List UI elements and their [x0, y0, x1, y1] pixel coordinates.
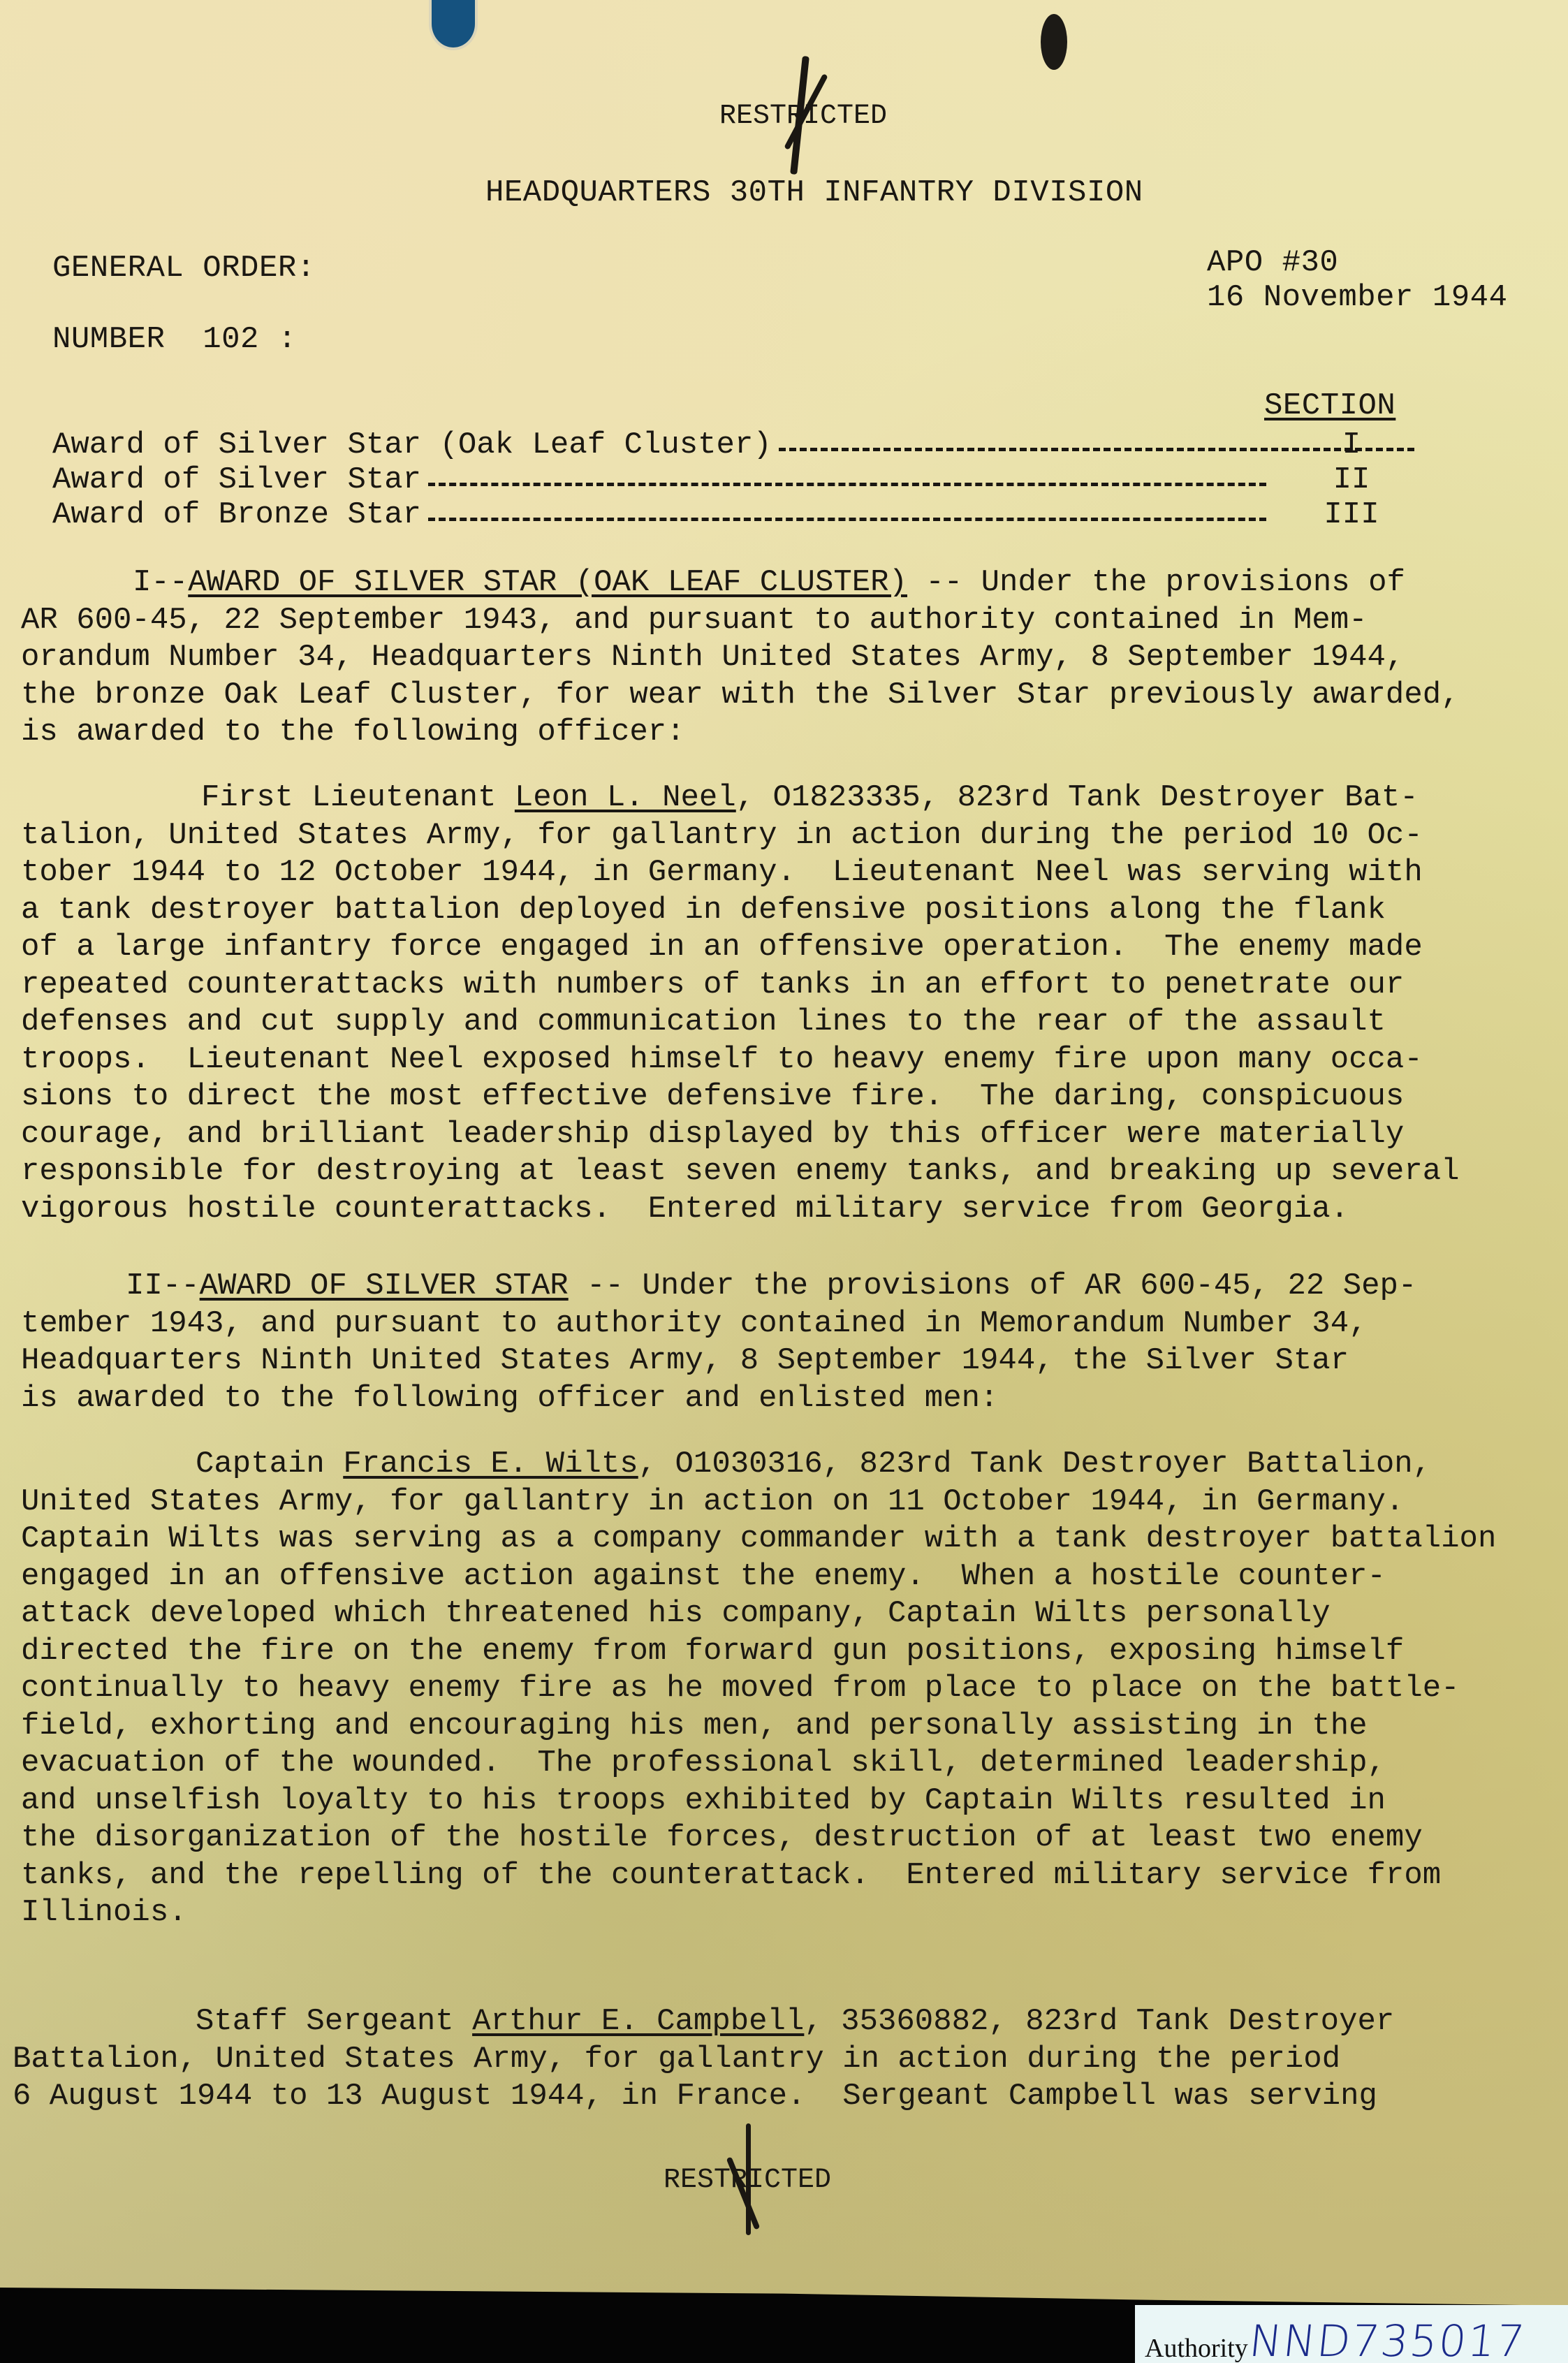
citation-line: a tank destroyer battalion deployed in d… [21, 892, 1502, 930]
citation-line: , O1030316, 823rd Tank Destroyer Battali… [638, 1447, 1431, 1482]
section-1: I--AWARD OF SILVER STAR (OAK LEAF CLUSTE… [21, 564, 1502, 752]
citation-line: defenses and cut supply and communicatio… [21, 1004, 1502, 1041]
citation-line: evacuation of the wounded. The professio… [21, 1745, 1502, 1783]
citation-line: field, exhorting and encouraging his men… [21, 1708, 1502, 1746]
citation-line: attack developed which threatened his co… [21, 1595, 1502, 1633]
section-1-heading-line: I--AWARD OF SILVER STAR (OAK LEAF CLUSTE… [21, 564, 1502, 602]
citation-line: sions to direct the most effective defen… [21, 1078, 1502, 1116]
section-1-heading: AWARD OF SILVER STAR (OAK LEAF CLUSTER) [188, 565, 907, 600]
citation-line: Captain Wilts was serving as a company c… [21, 1521, 1502, 1558]
authority-code: NND735017 [1247, 2320, 1528, 2363]
punch-hole-left [432, 0, 475, 47]
section-2-heading: AWARD OF SILVER STAR [200, 1268, 569, 1303]
toc-label: Award of Silver Star (Oak Leaf Cluster) [52, 427, 772, 462]
section-1-intro-line: the bronze Oak Leaf Cluster, for wear wi… [21, 677, 1502, 715]
toc-row: Award of Silver Star II [52, 462, 1421, 497]
toc-label: Award of Silver Star [52, 462, 421, 497]
citation-name: Leon L. Neel [515, 780, 736, 815]
citation-first-line: First Lieutenant Leon L. Neel, O1823335,… [21, 780, 1502, 817]
section-1-intro-line: orandum Number 34, Headquarters Ninth Un… [21, 639, 1502, 677]
citation-line: repeated counterattacks with numbers of … [21, 967, 1502, 1004]
citation-line: Battalion, United States Army, for galla… [13, 2041, 1493, 2079]
citation-line: and unselfish loyalty to his troops exhi… [21, 1783, 1502, 1820]
general-order-label: GENERAL ORDER: [52, 250, 316, 287]
citation-line: courage, and brilliant leadership displa… [21, 1116, 1502, 1154]
citation-line: the disorganization of the hostile force… [21, 1820, 1502, 1857]
citation-line: vigorous hostile counterattacks. Entered… [21, 1191, 1502, 1229]
section-1-intro-line: -- Under the provisions of [907, 565, 1405, 600]
section-1-intro-line: AR 600-45, 22 September 1943, and pursua… [21, 602, 1502, 640]
section-2-intro-line: -- Under the provisions of AR 600-45, 22… [569, 1268, 1417, 1303]
section-2-heading-line: II--AWARD OF SILVER STAR -- Under the pr… [21, 1268, 1502, 1305]
toc-row: Award of Silver Star (Oak Leaf Cluster) … [52, 427, 1421, 462]
citation-line: talion, United States Army, for gallantr… [21, 817, 1502, 855]
toc-section-number: I [1313, 427, 1390, 462]
citation-line: 6 August 1944 to 13 August 1944, in Fran… [13, 2078, 1493, 2116]
citation-rank: Captain [196, 1447, 343, 1482]
citation-line: , O1823335, 823rd Tank Destroyer Bat- [736, 780, 1419, 815]
toc-leader-line [428, 518, 1266, 521]
apo-number: APO #30 [1207, 244, 1338, 281]
section-2: II--AWARD OF SILVER STAR -- Under the pr… [21, 1268, 1502, 1417]
citation-first-line: Staff Sergeant Arthur E. Campbell, 35360… [13, 2003, 1493, 2041]
headquarters-title: HEADQUARTERS 30TH INFANTRY DIVISION [485, 175, 1143, 212]
citation-first-line: Captain Francis E. Wilts, O1030316, 823r… [21, 1446, 1502, 1484]
citation-line: responsible for destroying at least seve… [21, 1153, 1502, 1191]
section-2-intro-line: Headquarters Ninth United States Army, 8… [21, 1343, 1502, 1380]
citation-line: troops. Lieutenant Neel exposed himself … [21, 1041, 1502, 1079]
section-2-intro-line: tember 1943, and pursuant to authority c… [21, 1305, 1502, 1343]
citation-line: of a large infantry force engaged in an … [21, 929, 1502, 967]
order-number: NUMBER 102 : [52, 321, 297, 358]
section-1-intro-line: is awarded to the following officer: [21, 714, 1502, 752]
citation-campbell: Staff Sergeant Arthur E. Campbell, 35360… [13, 2003, 1493, 2116]
citation-name: Francis E. Wilts [343, 1447, 638, 1482]
order-date: 16 November 1944 [1207, 279, 1507, 316]
toc-leader-line [428, 483, 1266, 486]
section-2-prefix: II-- [126, 1268, 200, 1303]
citation-line: , 35360882, 823rd Tank Destroyer [804, 2004, 1394, 2039]
citation-line: engaged in an offensive action against t… [21, 1558, 1502, 1596]
toc-section-number: II [1313, 462, 1390, 497]
citation-line: Illinois. [21, 1894, 1502, 1932]
citation-line: directed the fire on the enemy from forw… [21, 1633, 1502, 1671]
citation-line: continually to heavy enemy fire as he mo… [21, 1670, 1502, 1708]
toc-label: Award of Bronze Star [52, 497, 421, 532]
punch-hole-right [1041, 14, 1067, 70]
toc-section-header: SECTION [1264, 388, 1395, 425]
citation-wilts: Captain Francis E. Wilts, O1030316, 823r… [21, 1446, 1502, 1932]
section-1-prefix: I-- [133, 565, 188, 600]
toc-row: Award of Bronze Star III [52, 497, 1421, 532]
section-2-intro-line: is awarded to the following officer and … [21, 1380, 1502, 1418]
citation-line: tanks, and the repelling of the countera… [21, 1857, 1502, 1895]
citation-rank: Staff Sergeant [196, 2004, 472, 2039]
citation-line: United States Army, for gallantry in act… [21, 1484, 1502, 1521]
citation-neel: First Lieutenant Leon L. Neel, O1823335,… [21, 780, 1502, 1228]
archival-authority-stamp: Authority NND735017 [1135, 2305, 1568, 2363]
citation-rank: First Lieutenant [201, 780, 515, 815]
authority-label: Authority [1145, 2335, 1248, 2362]
citation-name: Arthur E. Campbell [472, 2004, 804, 2039]
citation-line: tober 1944 to 12 October 1944, in German… [21, 854, 1502, 892]
toc-section-number: III [1313, 497, 1390, 532]
